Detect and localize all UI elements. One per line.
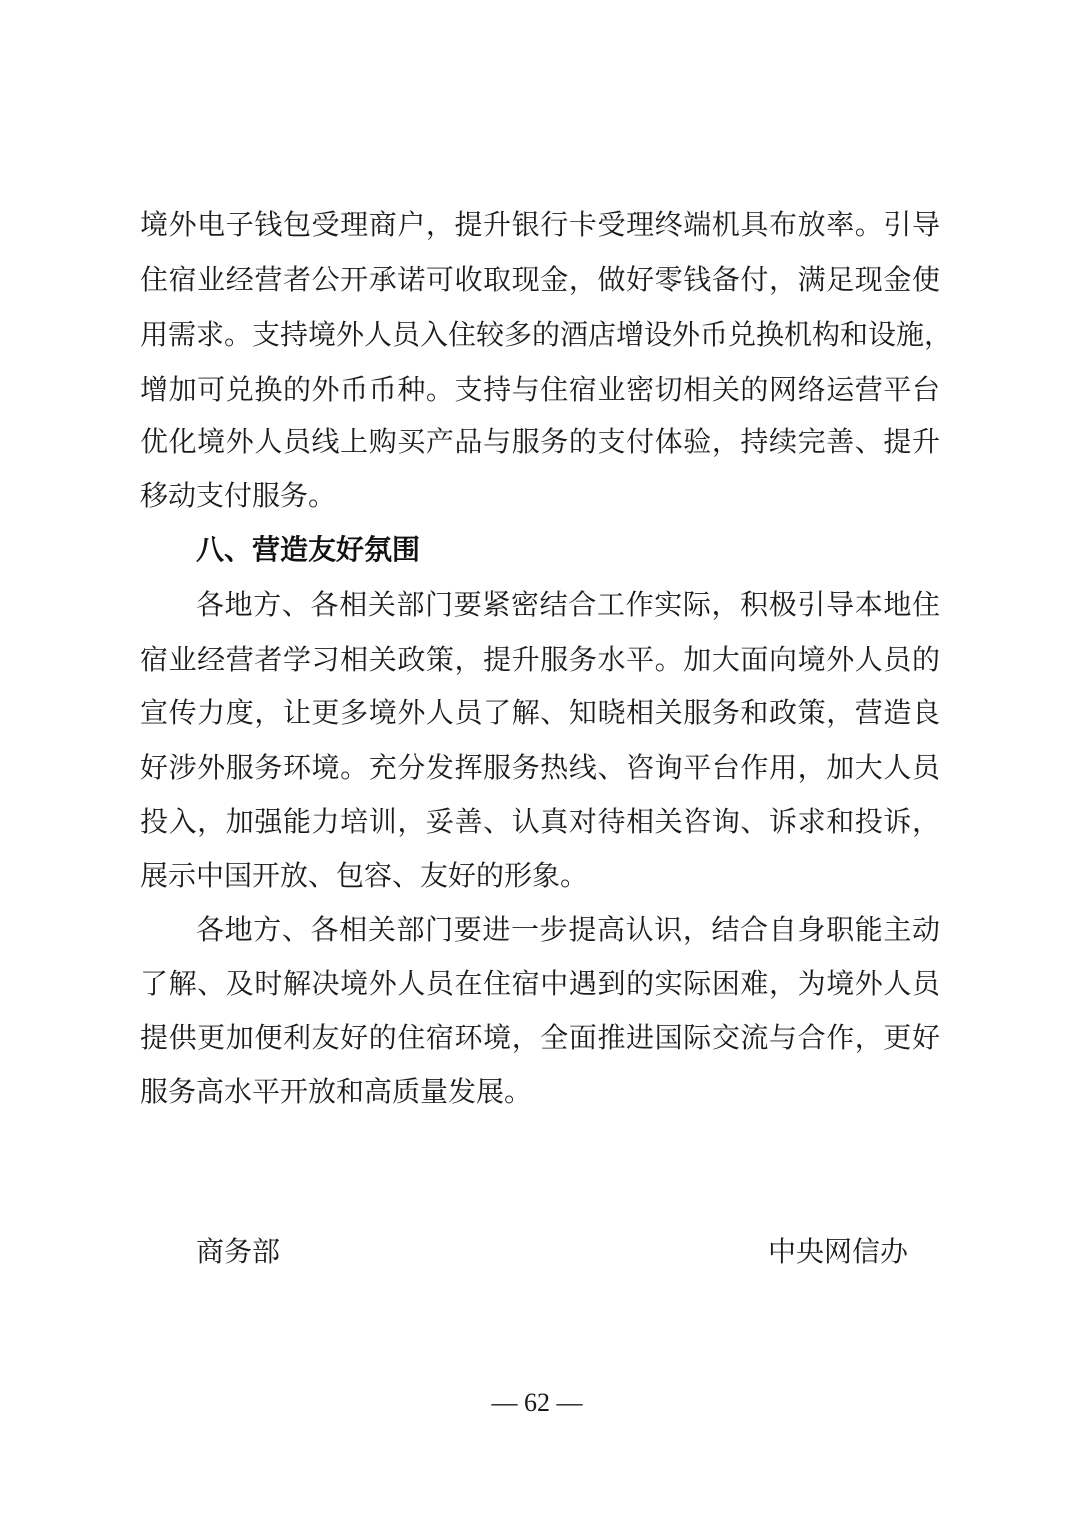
page-number: — 62 —	[0, 1385, 1074, 1421]
section-heading: 八、营造友好氛围	[196, 530, 420, 570]
text-line: 展示中国开放、包容、友好的形象。	[140, 856, 940, 896]
text-line: 增加可兑换的外币币种。支持与住宿业密切相关的网络运营平台	[140, 370, 940, 410]
text-line: 了解、及时解决境外人员在住宿中遇到的实际困难，为境外人员	[140, 964, 940, 1004]
text-line: 用需求。支持境外人员入住较多的酒店增设外币兑换机构和设施，	[140, 315, 940, 355]
text-line: 提供更加便利友好的住宿环境，全面推进国际交流与合作，更好	[140, 1018, 940, 1058]
signature-right: 中央网信办	[768, 1232, 908, 1272]
text-line: 各地方、各相关部门要紧密结合工作实际，积极引导本地住	[196, 585, 940, 625]
text-line: 境外电子钱包受理商户，提升银行卡受理终端机具布放率。引导	[140, 205, 940, 245]
text-line: 服务高水平开放和高质量发展。	[140, 1072, 940, 1112]
signature-left: 商务部	[196, 1232, 280, 1272]
text-line: 优化境外人员线上购买产品与服务的支付体验，持续完善、提升	[140, 422, 940, 462]
text-line: 各地方、各相关部门要进一步提高认识，结合自身职能主动	[196, 910, 940, 950]
text-line: 住宿业经营者公开承诺可收取现金，做好零钱备付，满足现金使	[140, 260, 940, 300]
text-line: 好涉外服务环境。充分发挥服务热线、咨询平台作用，加大人员	[140, 748, 940, 788]
text-line: 宣传力度，让更多境外人员了解、知晓相关服务和政策，营造良	[140, 693, 940, 733]
text-line: 移动支付服务。	[140, 476, 940, 516]
text-line: 投入，加强能力培训，妥善、认真对待相关咨询、诉求和投诉，	[140, 802, 940, 842]
text-line: 宿业经营者学习相关政策，提升服务水平。加大面向境外人员的	[140, 640, 940, 680]
document-page: 境外电子钱包受理商户，提升银行卡受理终端机具布放率。引导 住宿业经营者公开承诺可…	[0, 0, 1074, 1520]
